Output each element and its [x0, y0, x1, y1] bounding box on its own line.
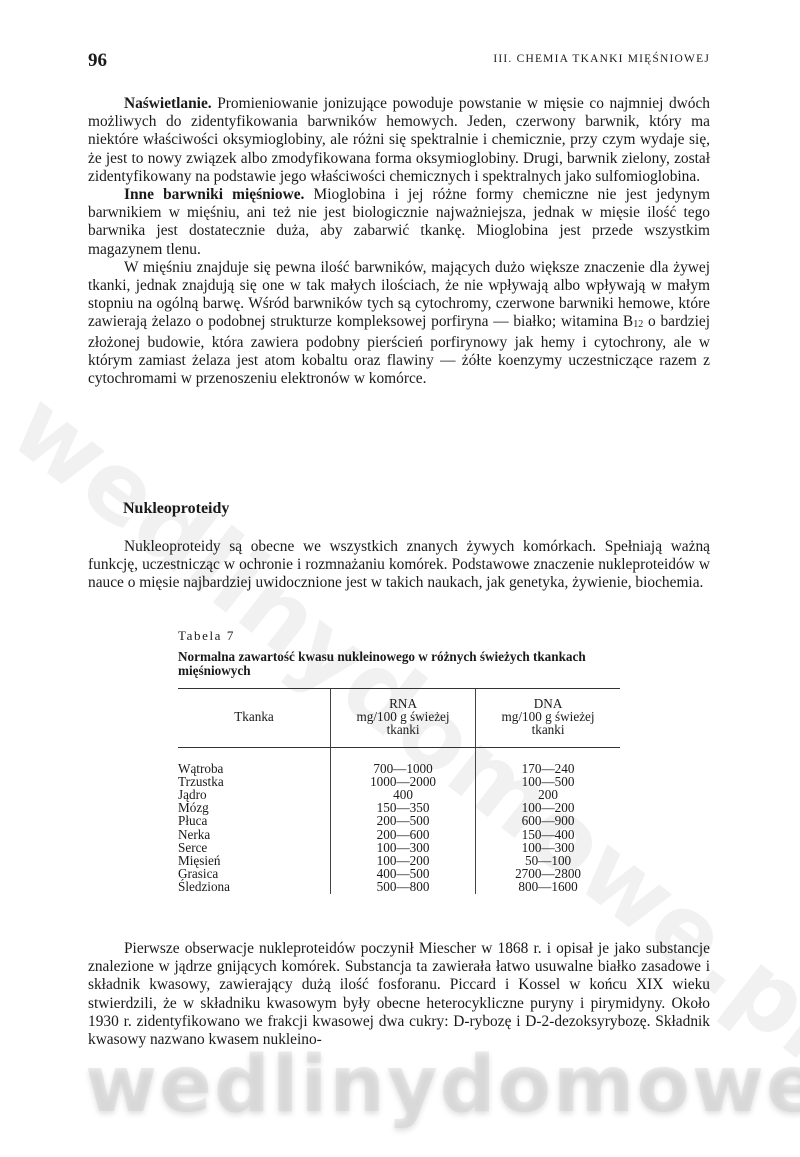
- cell-rna: 700—1000: [331, 747, 476, 775]
- cell-rna: 200—500: [331, 814, 476, 827]
- table-row: Wątroba700—1000170—240: [178, 747, 620, 775]
- section-nucleoproteins-history: Pierwsze obserwacje nukleproteidów poczy…: [88, 940, 710, 1049]
- table-row: Nerka200—600150—400: [178, 828, 620, 841]
- chapter-title: III. CHEMIA TKANKI MIĘŚNIOWEJ: [493, 53, 710, 65]
- subscript: 12: [633, 319, 643, 330]
- table-caption: Normalna zawartość kwasu nukleinowego w …: [178, 650, 620, 678]
- cell-tissue: Nerka: [178, 828, 331, 841]
- section-pigments: Naświetlanie. Promieniowanie jonizujące …: [88, 95, 710, 388]
- cell-rna: 200—600: [331, 828, 476, 841]
- nucleic-acid-table: Tkanka RNA mg/100 g świeżej tkanki DNA m…: [178, 688, 620, 894]
- cell-dna: 150—400: [476, 828, 620, 841]
- cell-tissue: Śledziona: [178, 880, 331, 893]
- paragraph-lead: Naświetlanie.: [124, 95, 212, 112]
- watermark-bottom: wedlinydomowe.pl: [85, 1040, 800, 1130]
- paragraph-lead: Inne barwniki mięśniowe.: [124, 186, 304, 203]
- cell-dna: 170—240: [476, 747, 620, 775]
- table-label: Tabela 7: [178, 628, 620, 644]
- header-tissue: Tkanka: [178, 689, 331, 748]
- cell-tissue: Płuca: [178, 814, 331, 827]
- cell-rna: 500—800: [331, 880, 476, 893]
- paragraph-cytochromes: W mięśniu znajduje się pewna ilość barwn…: [88, 259, 710, 388]
- cell-dna: 600—900: [476, 814, 620, 827]
- table-row: Płuca200—500600—900: [178, 814, 620, 827]
- running-head: 96 III. CHEMIA TKANKI MIĘŚNIOWEJ: [88, 50, 710, 72]
- header-rna: RNA mg/100 g świeżej tkanki: [331, 689, 476, 748]
- cell-tissue: Wątroba: [178, 747, 331, 775]
- paragraph-other-pigments: Inne barwniki mięśniowe. Mioglobina i je…: [88, 186, 710, 259]
- cell-dna: 800—1600: [476, 880, 620, 893]
- page-number: 96: [88, 50, 107, 72]
- paragraph: Pierwsze obserwacje nukleproteidów poczy…: [88, 940, 710, 1049]
- table-body: Wątroba700—1000170—240Trzustka1000—20001…: [178, 747, 620, 894]
- section-nucleoproteins-intro: Nukleoproteidy są obecne we wszystkich z…: [88, 538, 710, 593]
- header-dna: DNA mg/100 g świeżej tkanki: [476, 689, 620, 748]
- paragraph: Nukleoproteidy są obecne we wszystkich z…: [88, 538, 710, 593]
- section-heading: Nukleoproteidy: [123, 500, 229, 518]
- table-7: Tabela 7 Normalna zawartość kwasu nuklei…: [178, 628, 620, 894]
- table-row: Śledziona500—800800—1600: [178, 880, 620, 893]
- paragraph-irradiation: Naświetlanie. Promieniowanie jonizujące …: [88, 95, 710, 186]
